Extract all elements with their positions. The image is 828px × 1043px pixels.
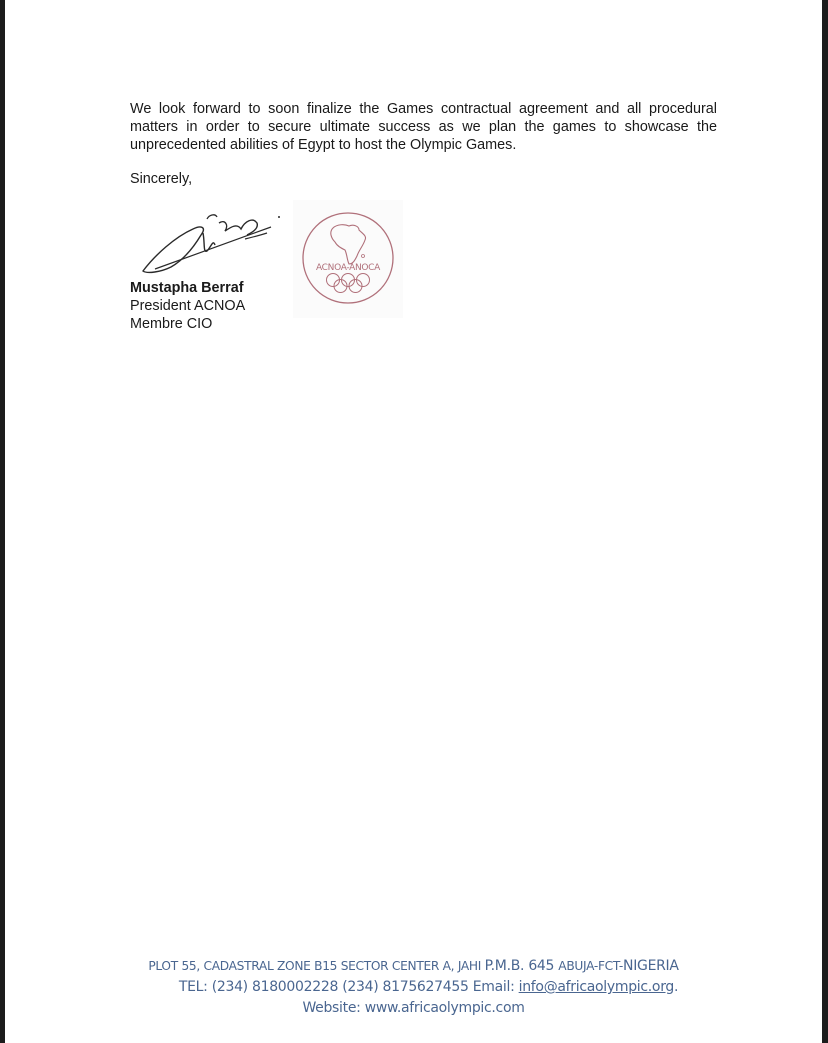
footer-contact: TEL: (234) 8180002228 (234) 8175627455 E… xyxy=(5,977,822,998)
organization-seal: ACNOA-ANOCA xyxy=(293,200,403,318)
document-page: We look forward to soon finalize the Gam… xyxy=(5,0,822,1043)
handwritten-signature-icon xyxy=(135,205,285,277)
closing-salutation: Sincerely, xyxy=(130,171,192,187)
signature-block: Mustapha Berraf President ACNOA Membre C… xyxy=(130,279,245,333)
letterhead-footer: PLOT 55, CADASTRAL ZONE B15 SECTOR CENTE… xyxy=(5,956,822,1019)
footer-address: PLOT 55, CADASTRAL ZONE B15 SECTOR CENTE… xyxy=(5,956,822,977)
africa-olympic-rings-seal-icon: ACNOA-ANOCA xyxy=(293,200,403,318)
signatory-membership: Membre CIO xyxy=(130,315,245,333)
body-paragraph: We look forward to soon finalize the Gam… xyxy=(130,100,717,154)
seal-text: ACNOA-ANOCA xyxy=(316,263,381,273)
signatory-name: Mustapha Berraf xyxy=(130,279,245,297)
email-link[interactable]: info@africaolympic.org xyxy=(519,979,674,995)
footer-website: Website: www.africaolympic.com xyxy=(5,998,822,1019)
signatory-title: President ACNOA xyxy=(130,297,245,315)
